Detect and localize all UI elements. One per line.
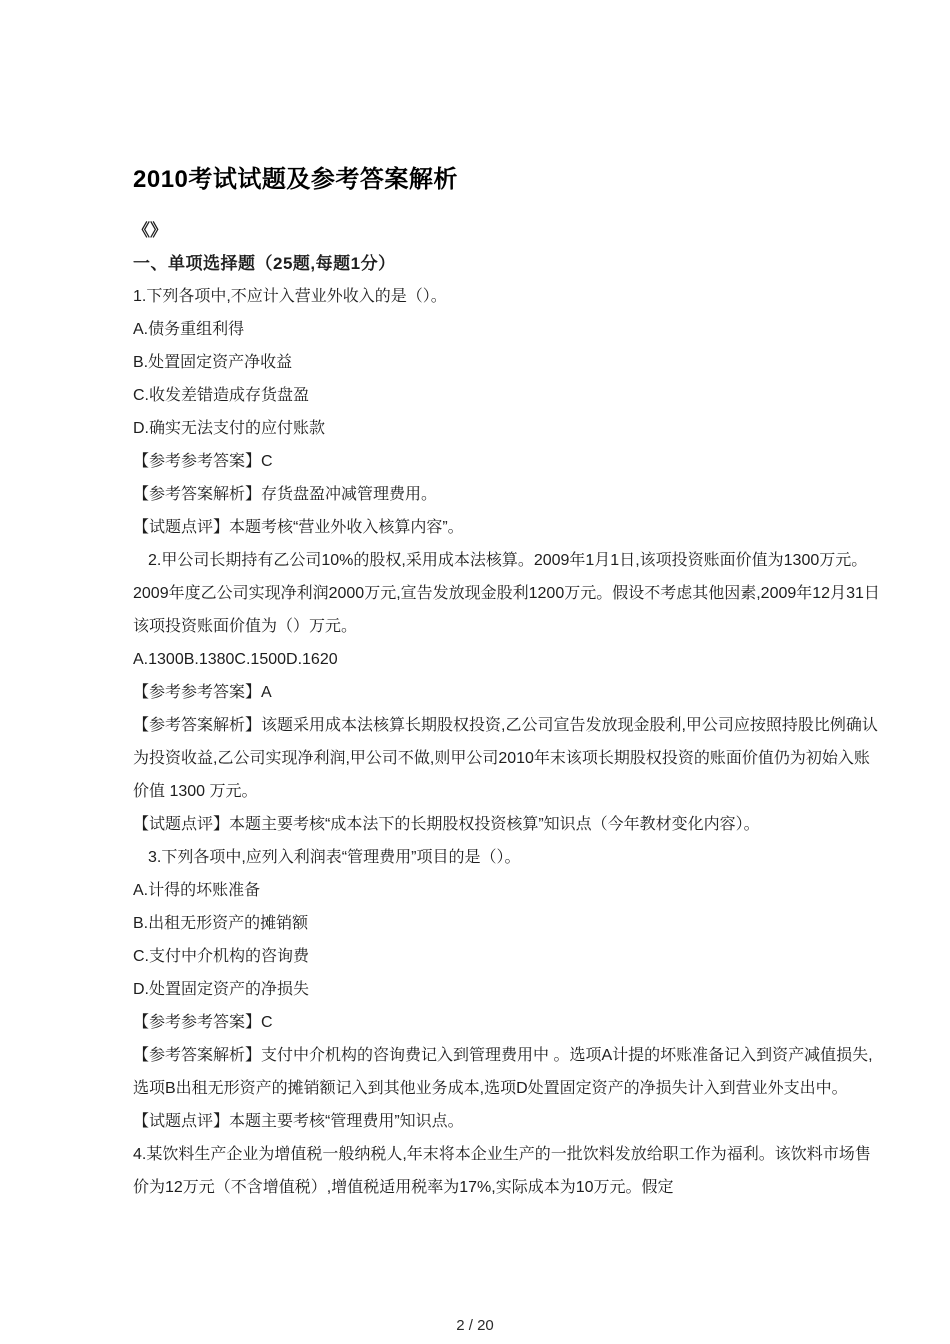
- question-1-option-d: D.确实无法支付的应付账款: [133, 412, 881, 445]
- section-heading: 一、单项选择题（25题,每题1分）: [133, 247, 881, 280]
- question-3-analysis: 【参考答案解析】支付中介机构的咨询费记入到管理费用中 。选项A计提的坏账准备记入…: [133, 1039, 881, 1105]
- question-3-option-b: B.出租无形资产的摊销额: [133, 907, 881, 940]
- question-3: 3.下列各项中,应列入利润表“管理费用”项目的是（）。: [133, 841, 881, 874]
- question-1: 1.下列各项中,不应计入营业外收入的是（）。: [133, 280, 881, 313]
- question-2-options: A.1300B.1380C.1500D.1620: [133, 643, 881, 676]
- page-number: 2 / 20: [0, 1316, 950, 1336]
- question-1-analysis: 【参考答案解析】存货盘盈冲减管理费用。: [133, 478, 881, 511]
- question-3-option-a: A.计得的坏账准备: [133, 874, 881, 907]
- question-1-option-a: A.债务重组利得: [133, 313, 881, 346]
- question-3-option-c: C.支付中介机构的咨询费: [133, 940, 881, 973]
- question-3-answer: 【参考参考答案】C: [133, 1006, 881, 1039]
- question-3-option-d: D.处置固定资产的净损失: [133, 973, 881, 1006]
- question-4: 4.某饮料生产企业为增值税一般纳税人,年末将本企业生产的一批饮料发放给职工作为福…: [133, 1138, 881, 1204]
- question-1-option-c: C.收发差错造成存货盘盈: [133, 379, 881, 412]
- question-1-option-b: B.处置固定资产净收益: [133, 346, 881, 379]
- book-title-placeholder: 《》: [133, 214, 881, 247]
- document-page: 2010考试试题及参考答案解析《》一、单项选择题（25题,每题1分）1.下列各项…: [0, 0, 950, 1344]
- document-title: 2010考试试题及参考答案解析: [133, 162, 881, 198]
- question-3-comment: 【试题点评】本题主要考核“管理费用”知识点。: [133, 1105, 881, 1138]
- question-2-answer: 【参考参考答案】A: [133, 676, 881, 709]
- question-2-comment: 【试题点评】本题主要考核“成本法下的长期股权投资核算”知识点（今年教材变化内容）…: [133, 808, 881, 841]
- question-1-answer: 【参考参考答案】C: [133, 445, 881, 478]
- question-1-comment: 【试题点评】本题考核“营业外收入核算内容”。: [133, 511, 881, 544]
- document-content: 2010考试试题及参考答案解析《》一、单项选择题（25题,每题1分）1.下列各项…: [133, 162, 881, 1204]
- question-2: 2.甲公司长期持有乙公司10%的股权,采用成本法核算。2009年1月1日,该项投…: [133, 544, 881, 643]
- question-2-analysis: 【参考答案解析】该题采用成本法核算长期股权投资,乙公司宣告发放现金股利,甲公司应…: [133, 709, 881, 808]
